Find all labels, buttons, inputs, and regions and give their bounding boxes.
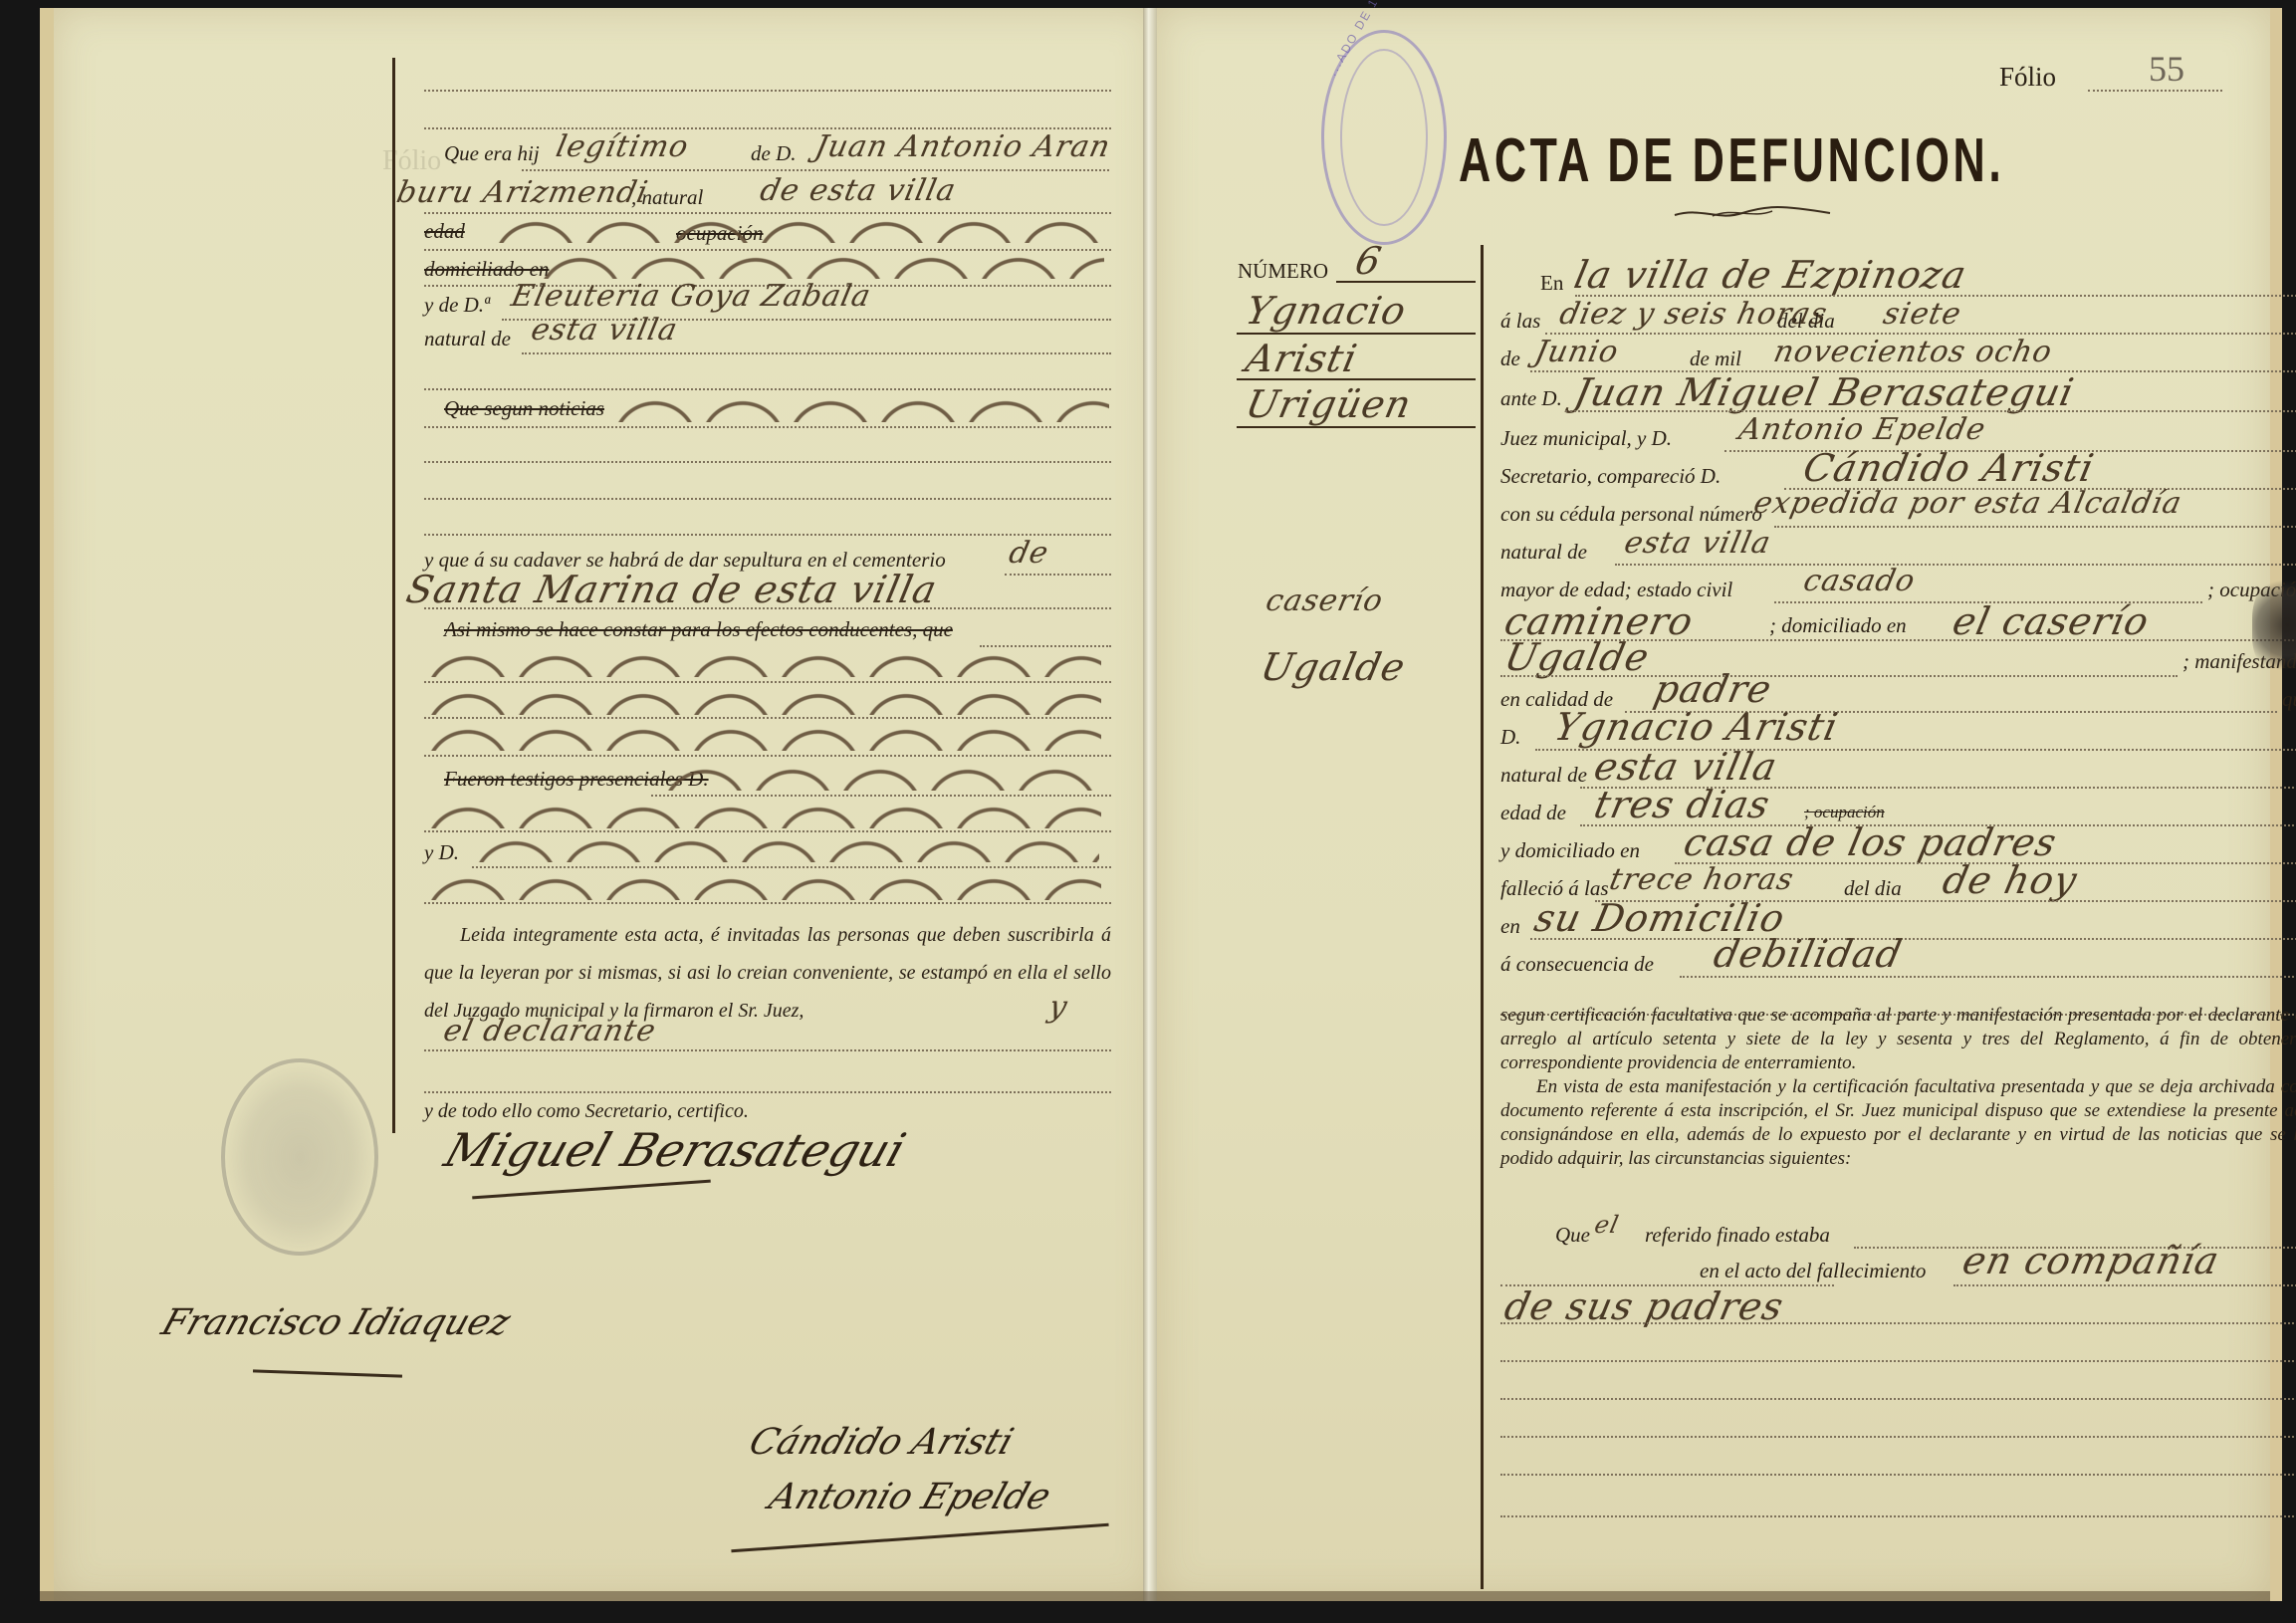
book-bottom-edge	[40, 1591, 2270, 1601]
blank-line	[424, 1049, 1111, 1051]
blank-line	[424, 830, 1111, 832]
blank-line	[1680, 976, 2296, 978]
municipal-court-seal	[221, 1058, 378, 1256]
left-page: Fólio Que era hij legítimo de D. Juan An…	[40, 8, 1157, 1601]
hand-cementerio-de: de	[1006, 536, 1051, 571]
label-ante-d: ante D.	[1500, 384, 1562, 412]
blank-line	[1953, 1284, 2296, 1286]
label-cedula: con su cédula personal número	[1500, 500, 1762, 528]
label-edad-de: edad de	[1500, 799, 1566, 826]
hand-month: Junio	[1531, 335, 1622, 369]
label-de-d: de D.	[751, 139, 797, 167]
cancel-scallop	[424, 807, 1101, 828]
certifico-text: y de todo ello como Secretario, certific…	[424, 1097, 749, 1125]
cancel-scallop	[472, 840, 1099, 862]
blank-line	[522, 169, 1109, 171]
hand-judge: Juan Miguel Berasategui	[1570, 370, 2078, 414]
hand-father-natural: de esta villa	[757, 173, 959, 208]
blank-line	[1500, 675, 2178, 677]
blank-line	[1500, 1360, 2296, 1362]
page-title: ACTA DE DEFUNCION.	[1459, 125, 2004, 196]
blank-line	[424, 461, 1111, 463]
margin-ugalde: Ugalde	[1257, 645, 1409, 689]
hand-year: novecientos ocho	[1770, 335, 2055, 369]
margin-rule	[1237, 426, 1476, 428]
blank-line	[424, 681, 1111, 683]
margin-caserio: caserío	[1263, 583, 1386, 618]
label-en: En	[1540, 269, 1563, 297]
cancel-scallop	[492, 221, 1099, 243]
hand-domicilio: el caserío	[1949, 599, 2153, 643]
blank-line	[651, 795, 1111, 797]
hand-cementerio-name: Santa Marina de esta villa	[402, 568, 941, 611]
folio-line	[2088, 90, 2222, 92]
hand-father-name: Juan Antonio Aran	[811, 129, 1113, 164]
numero-label: NÚMERO	[1238, 259, 1328, 284]
book-gutter	[1143, 8, 1157, 1601]
hand-cause: debilidad	[1710, 932, 1906, 976]
label-natural-de: natural de	[1500, 538, 1587, 566]
blank-line	[424, 426, 1111, 428]
margin-rule	[1237, 333, 1476, 335]
blank-line	[424, 212, 1111, 214]
blank-line	[424, 902, 1111, 904]
certification-paragraph: segun certificación facultativa que se a…	[1500, 1004, 2296, 1171]
leida-paragraph: Leida integramente esta acta, é invitada…	[424, 916, 1111, 1030]
blank-line	[424, 90, 1111, 92]
blank-line	[424, 607, 1111, 609]
hand-el: el	[1592, 1211, 1622, 1239]
signature-secretary-1: Cándido Aristi	[744, 1422, 1018, 1463]
hand-deceased-name: Ygnacio Aristi	[1550, 705, 1842, 749]
cancel-scallop	[611, 400, 1109, 422]
label-que-era-hij: Que era hij	[444, 139, 540, 167]
label-a-las: á las	[1500, 307, 1540, 335]
cancel-scallop	[424, 655, 1101, 677]
bleed-through-folio: Fólio	[382, 147, 441, 175]
blank-line	[1500, 1515, 2296, 1517]
blank-line	[1500, 1398, 2296, 1400]
ink-blot	[2252, 576, 2296, 675]
hand-secretary: Antonio Epelde	[1735, 412, 1988, 447]
cancel-scallop	[537, 257, 1104, 279]
cancel-scallop	[661, 769, 1099, 791]
hand-compania: en compañía	[1958, 1239, 2223, 1282]
margin-given-name: Ygnacio	[1242, 289, 1410, 333]
signature-declarant: Francisco Idiaquez	[156, 1302, 515, 1343]
signature-secretary-2: Antonio Epelde	[764, 1477, 1055, 1517]
blank-line	[1500, 1436, 2296, 1438]
blank-line	[424, 1091, 1111, 1093]
hand-declarant: Cándido Aristi	[1799, 446, 2098, 490]
margin-surname-2: Urigüen	[1242, 382, 1415, 426]
blank-line	[1615, 564, 2296, 566]
label-consecuencia: á consecuencia de	[1500, 950, 1654, 978]
label-edad-struck: edad	[424, 217, 465, 245]
label-referido-finado: referido finado estaba	[1645, 1221, 1830, 1249]
hand-cedula: expedida por esta Alcaldía	[1750, 486, 2185, 521]
label-natural: , natural	[631, 183, 703, 211]
blank-line	[472, 866, 1111, 868]
signature-flourish	[472, 1180, 711, 1200]
cancel-scallop	[424, 729, 1101, 751]
label-y-d: y D.	[424, 838, 459, 866]
label-del-dia-2: del dia	[1844, 874, 1902, 902]
blank-line	[424, 249, 1111, 251]
signature-judge: Miguel Berasategui	[438, 1123, 912, 1177]
hand-death-day: de hoy	[1939, 858, 2081, 902]
paragraph-2: En vista de esta manifestación y la cert…	[1500, 1075, 2296, 1171]
blank-line	[424, 498, 1111, 500]
hand-legitimo: legítimo	[553, 129, 692, 164]
margin-rule	[1237, 378, 1476, 380]
label-asimismo-struck: Asi mismo se hace constar para los efect…	[444, 615, 953, 643]
hand-ugalde: Ugalde	[1500, 635, 1653, 679]
hand-place: la villa de Ezpinoza	[1570, 253, 1970, 297]
label-domiciliado-en: y domiciliado en	[1500, 836, 1640, 864]
blank-line	[424, 717, 1111, 719]
hand-death-hour: trece horas	[1606, 862, 1797, 897]
blank-line	[424, 534, 1111, 536]
folio-number: 55	[2149, 48, 2184, 90]
cancel-scallop	[424, 878, 1101, 900]
label-de-mil: de mil	[1690, 345, 1741, 372]
blank-line	[1530, 938, 2296, 940]
blank-line	[1500, 1474, 2296, 1476]
paragraph-1: segun certificación facultativa que se a…	[1500, 1004, 2296, 1075]
label-segun-noticias: Que segun noticias	[444, 394, 604, 422]
hand-father-surname: buru Arizmendi	[393, 175, 651, 210]
label-acto-fallecimiento: en el acto del fallecimiento	[1700, 1257, 1926, 1284]
cancel-scallop	[424, 693, 1101, 715]
hand-mother-name: Eleuteria Goya Zabala	[508, 279, 874, 314]
hand-day: siete	[1880, 297, 1964, 332]
blank-line	[522, 352, 1111, 354]
label-que: Que	[1555, 1221, 1590, 1249]
label-que: que	[2282, 685, 2296, 713]
label-en: en	[1500, 912, 1520, 940]
numero-underline	[1336, 281, 1476, 283]
blank-line	[1500, 1322, 2296, 1324]
hand-el-declarante: el declarante	[440, 1014, 659, 1048]
blank-line	[424, 755, 1111, 757]
hand-mother-natural: esta villa	[528, 313, 681, 348]
label-d: D.	[1500, 723, 1520, 751]
margin-surname-1: Aristi	[1242, 337, 1361, 380]
left-margin-rule	[392, 58, 395, 1133]
signature-flourish	[731, 1523, 1108, 1553]
label-juez-municipal: Juez municipal, y D.	[1500, 424, 1672, 452]
blank-line	[980, 645, 1111, 647]
right-margin-rule	[1481, 245, 1484, 1589]
right-page: ...ADO DE 1ª INSTANCIA E INSTRUCCION... …	[1157, 8, 2282, 1601]
numero-value: 6	[1351, 239, 1386, 283]
blank-line	[424, 388, 1111, 390]
blank-line	[1774, 526, 2296, 528]
label-domiciliado: ; domiciliado en	[1769, 611, 1907, 639]
title-flourish-icon	[1673, 203, 1832, 223]
hand-estado-civil: casado	[1800, 564, 1919, 598]
blank-line	[1005, 574, 1111, 576]
label-de-month: de	[1500, 345, 1520, 372]
label-natural-de-2: natural de	[1500, 761, 1587, 789]
label-del-dia: del dia	[1777, 307, 1835, 335]
label-natural-de: natural de	[424, 325, 511, 352]
label-secretario: Secretario, compareció D.	[1500, 462, 1721, 490]
folio-label: Fólio	[1999, 62, 2056, 93]
label-y-de-da: y de D.ª	[424, 291, 490, 319]
open-register-book: Fólio Que era hij legítimo de D. Juan An…	[40, 8, 2270, 1606]
signature-flourish	[253, 1369, 402, 1377]
hand-natural: esta villa	[1621, 526, 1774, 561]
